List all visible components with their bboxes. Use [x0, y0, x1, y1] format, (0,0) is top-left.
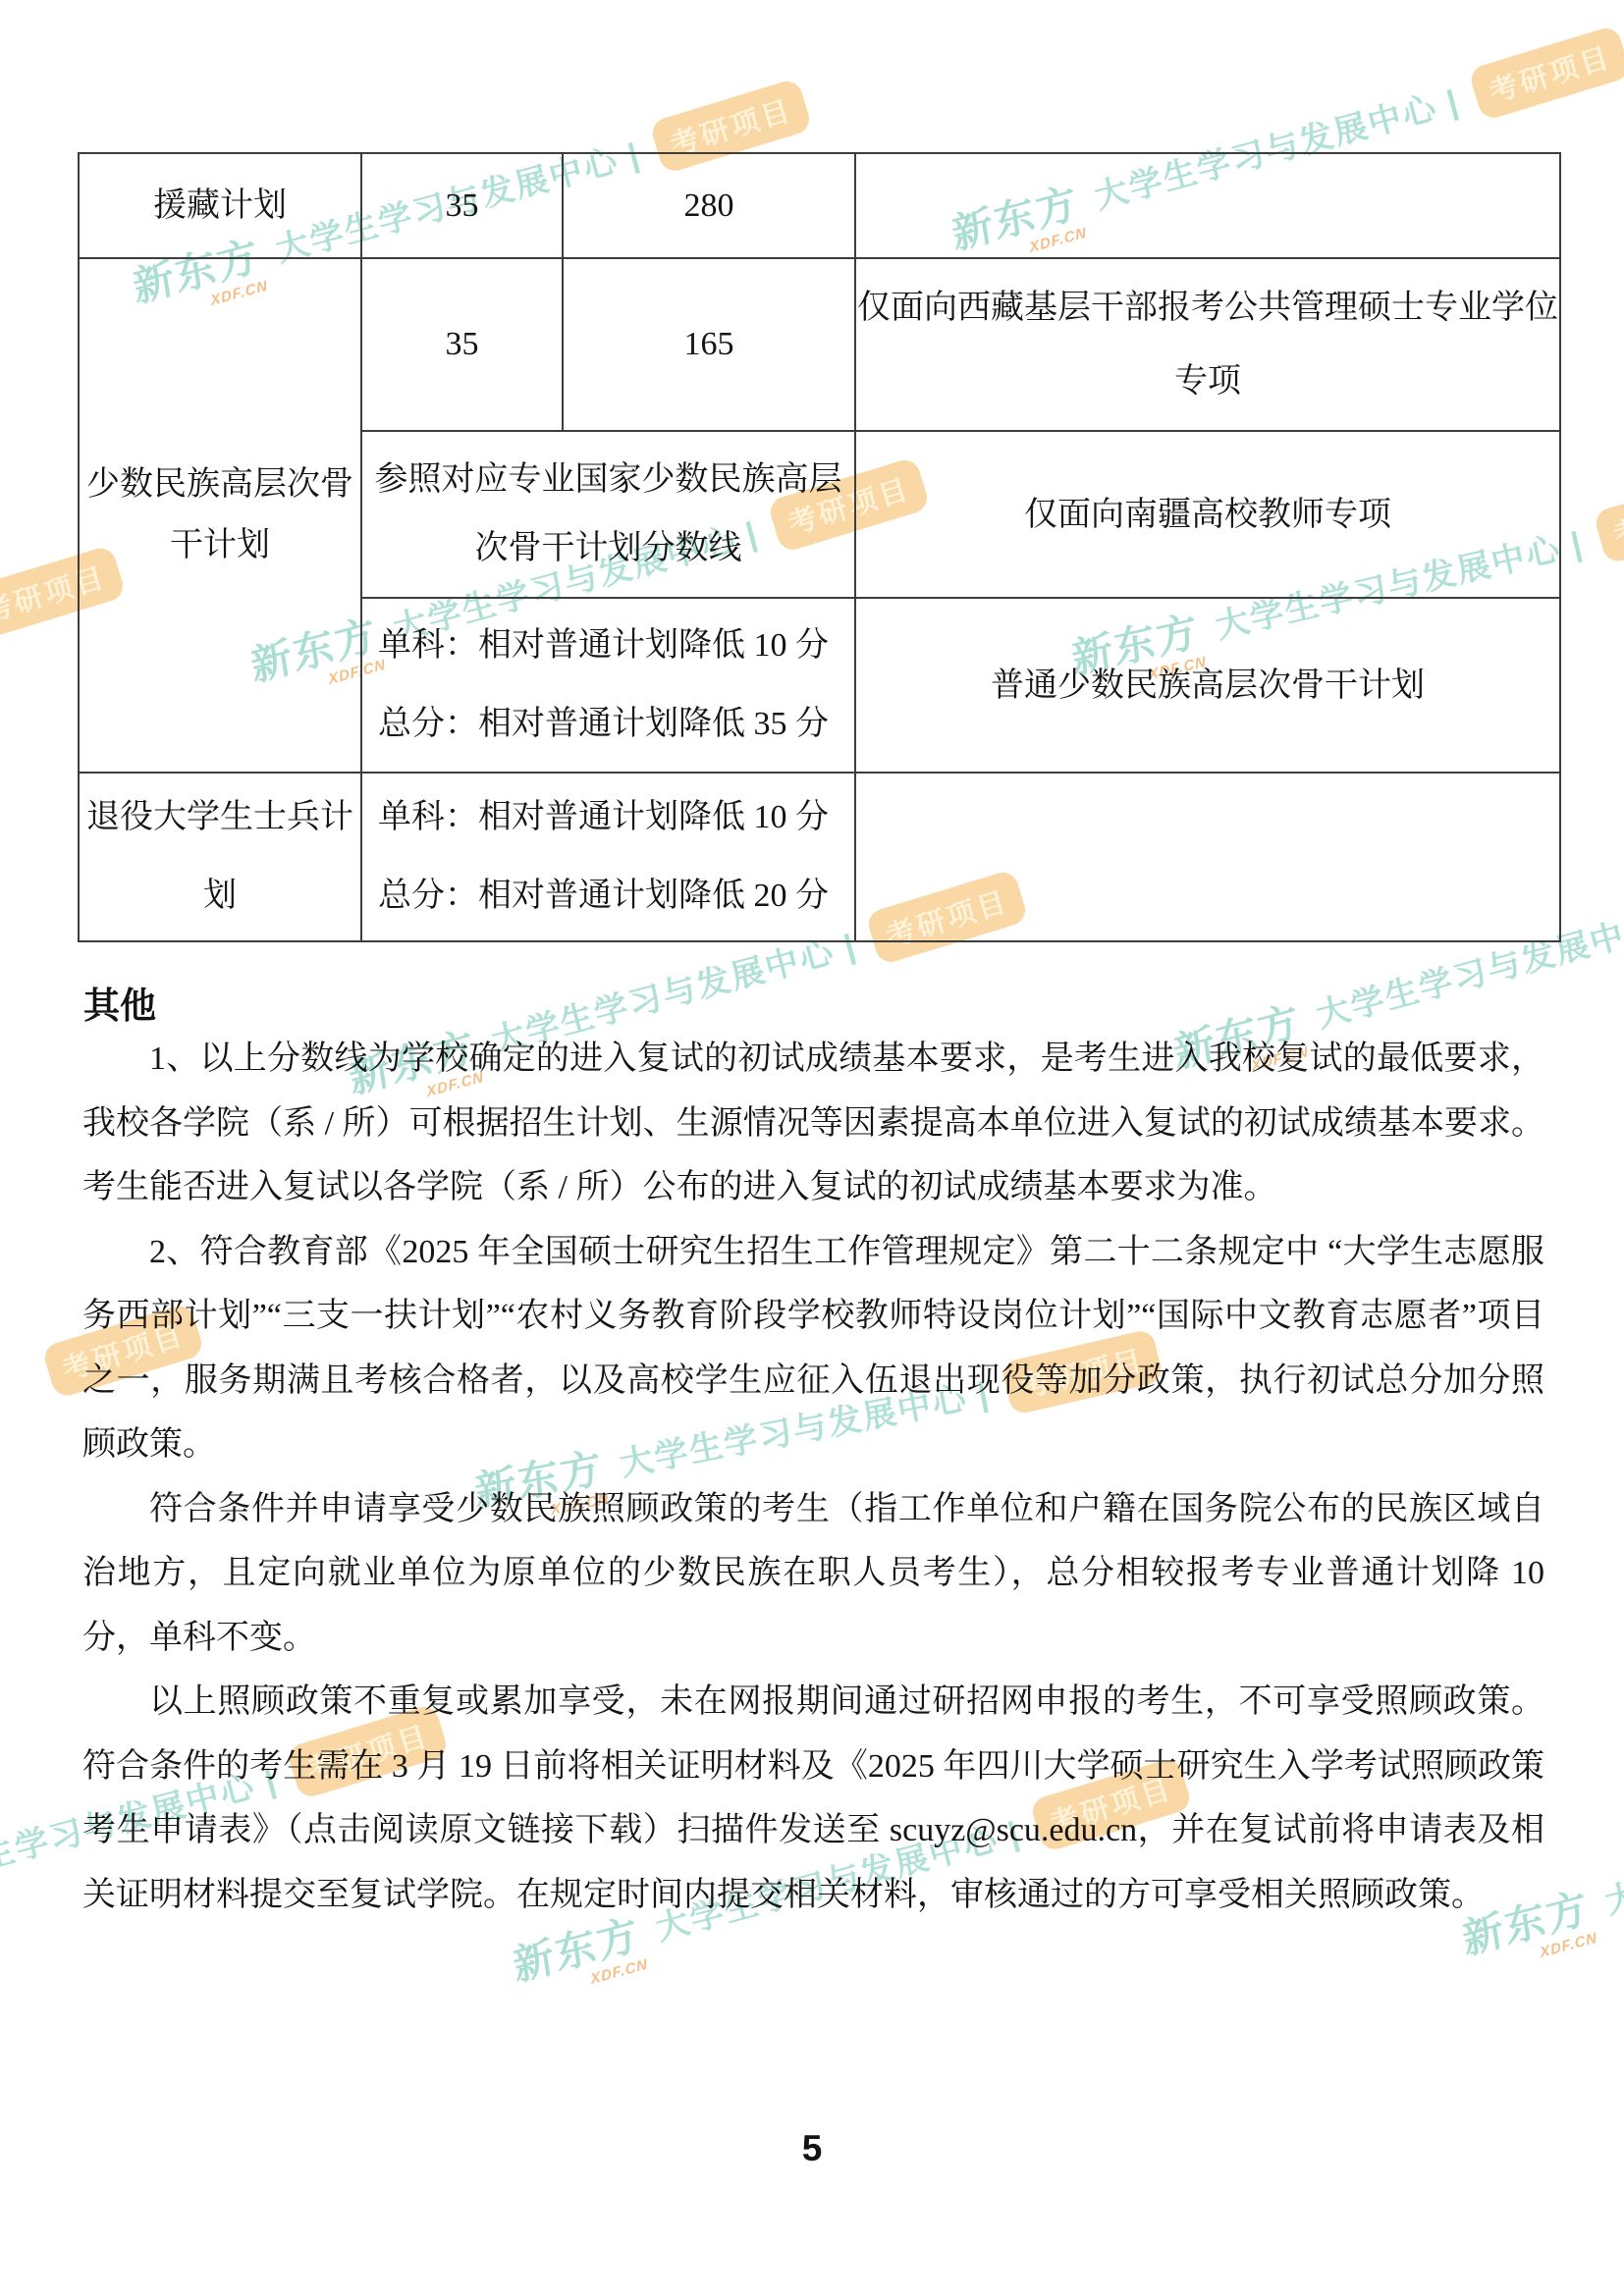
cell-minority-note-general: 普通少数民族高层次骨干计划: [855, 598, 1560, 773]
cell-yuanzang-note: [855, 153, 1560, 258]
cell-veteran-note: [855, 773, 1560, 941]
cell-minority-note-xinjiang: 仅面向南疆高校教师专项: [855, 431, 1560, 598]
cell-minority-score-adjust: 单科：相对普通计划降低 10 分 总分：相对普通计划降低 35 分: [361, 598, 855, 773]
paragraph-4: 以上照顾政策不重复或累加享受，未在网报期间通过研招网申报的考生，不可享受照顾政策…: [82, 1670, 1544, 1927]
cell-veteran-score-adjust: 单科：相对普通计划降低 10 分 总分：相对普通计划降低 20 分: [361, 773, 855, 941]
score-line-total: 总分：相对普通计划降低 20 分: [362, 857, 854, 935]
cell-minority-total: 165: [563, 258, 855, 431]
cell-plan-minority: 少数民族高层次骨干计划: [79, 258, 361, 773]
table-row: 援藏计划 35 280: [79, 153, 1560, 258]
score-line-total: 总分：相对普通计划降低 35 分: [362, 685, 854, 764]
cell-yuanzang-single: 35: [361, 153, 563, 258]
page-content: 援藏计划 35 280 少数民族高层次骨干计划 35 165 仅面向西藏基层干部…: [0, 0, 1624, 2296]
paragraph-2: 2、符合教育部《2025 年全国硕士研究生招生工作管理规定》第二十二条规定中 “…: [82, 1220, 1544, 1477]
paragraph-3: 符合条件并申请享受少数民族照顾政策的考生（指工作单位和户籍在国务院公布的民族区域…: [82, 1477, 1544, 1671]
score-line-single: 单科：相对普通计划降低 10 分: [362, 607, 854, 685]
table-row: 少数民族高层次骨干计划 35 165 仅面向西藏基层干部报考公共管理硕士专业学位…: [79, 258, 1560, 431]
page-number: 5: [0, 2128, 1624, 2169]
score-table: 援藏计划 35 280 少数民族高层次骨干计划 35 165 仅面向西藏基层干部…: [78, 152, 1561, 942]
table-row: 退役大学生士兵计划 单科：相对普通计划降低 10 分 总分：相对普通计划降低 2…: [79, 773, 1560, 941]
document-page: 新东方XDF.CN大学生学习与发展中心 |考研项目新东方XDF.CN大学生学习与…: [0, 0, 1624, 2296]
section-heading-other: 其他: [83, 984, 156, 1031]
score-line-single: 单科：相对普通计划降低 10 分: [362, 778, 854, 857]
cell-yuanzang-total: 280: [563, 153, 855, 258]
body-text: 1、以上分数线为学校确定的进入复试的初试成绩基本要求，是考生进入我校复试的最低要…: [82, 1027, 1544, 1927]
paragraph-1: 1、以上分数线为学校确定的进入复试的初试成绩基本要求，是考生进入我校复试的最低要…: [82, 1027, 1544, 1220]
cell-plan-veteran: 退役大学生士兵计划: [79, 773, 361, 941]
cell-minority-single: 35: [361, 258, 563, 431]
cell-plan-yuanzang: 援藏计划: [79, 153, 361, 258]
cell-minority-note-tibet: 仅面向西藏基层干部报考公共管理硕士专业学位专项: [855, 258, 1560, 431]
cell-minority-reference-score: 参照对应专业国家少数民族高层次骨干计划分数线: [361, 431, 855, 598]
